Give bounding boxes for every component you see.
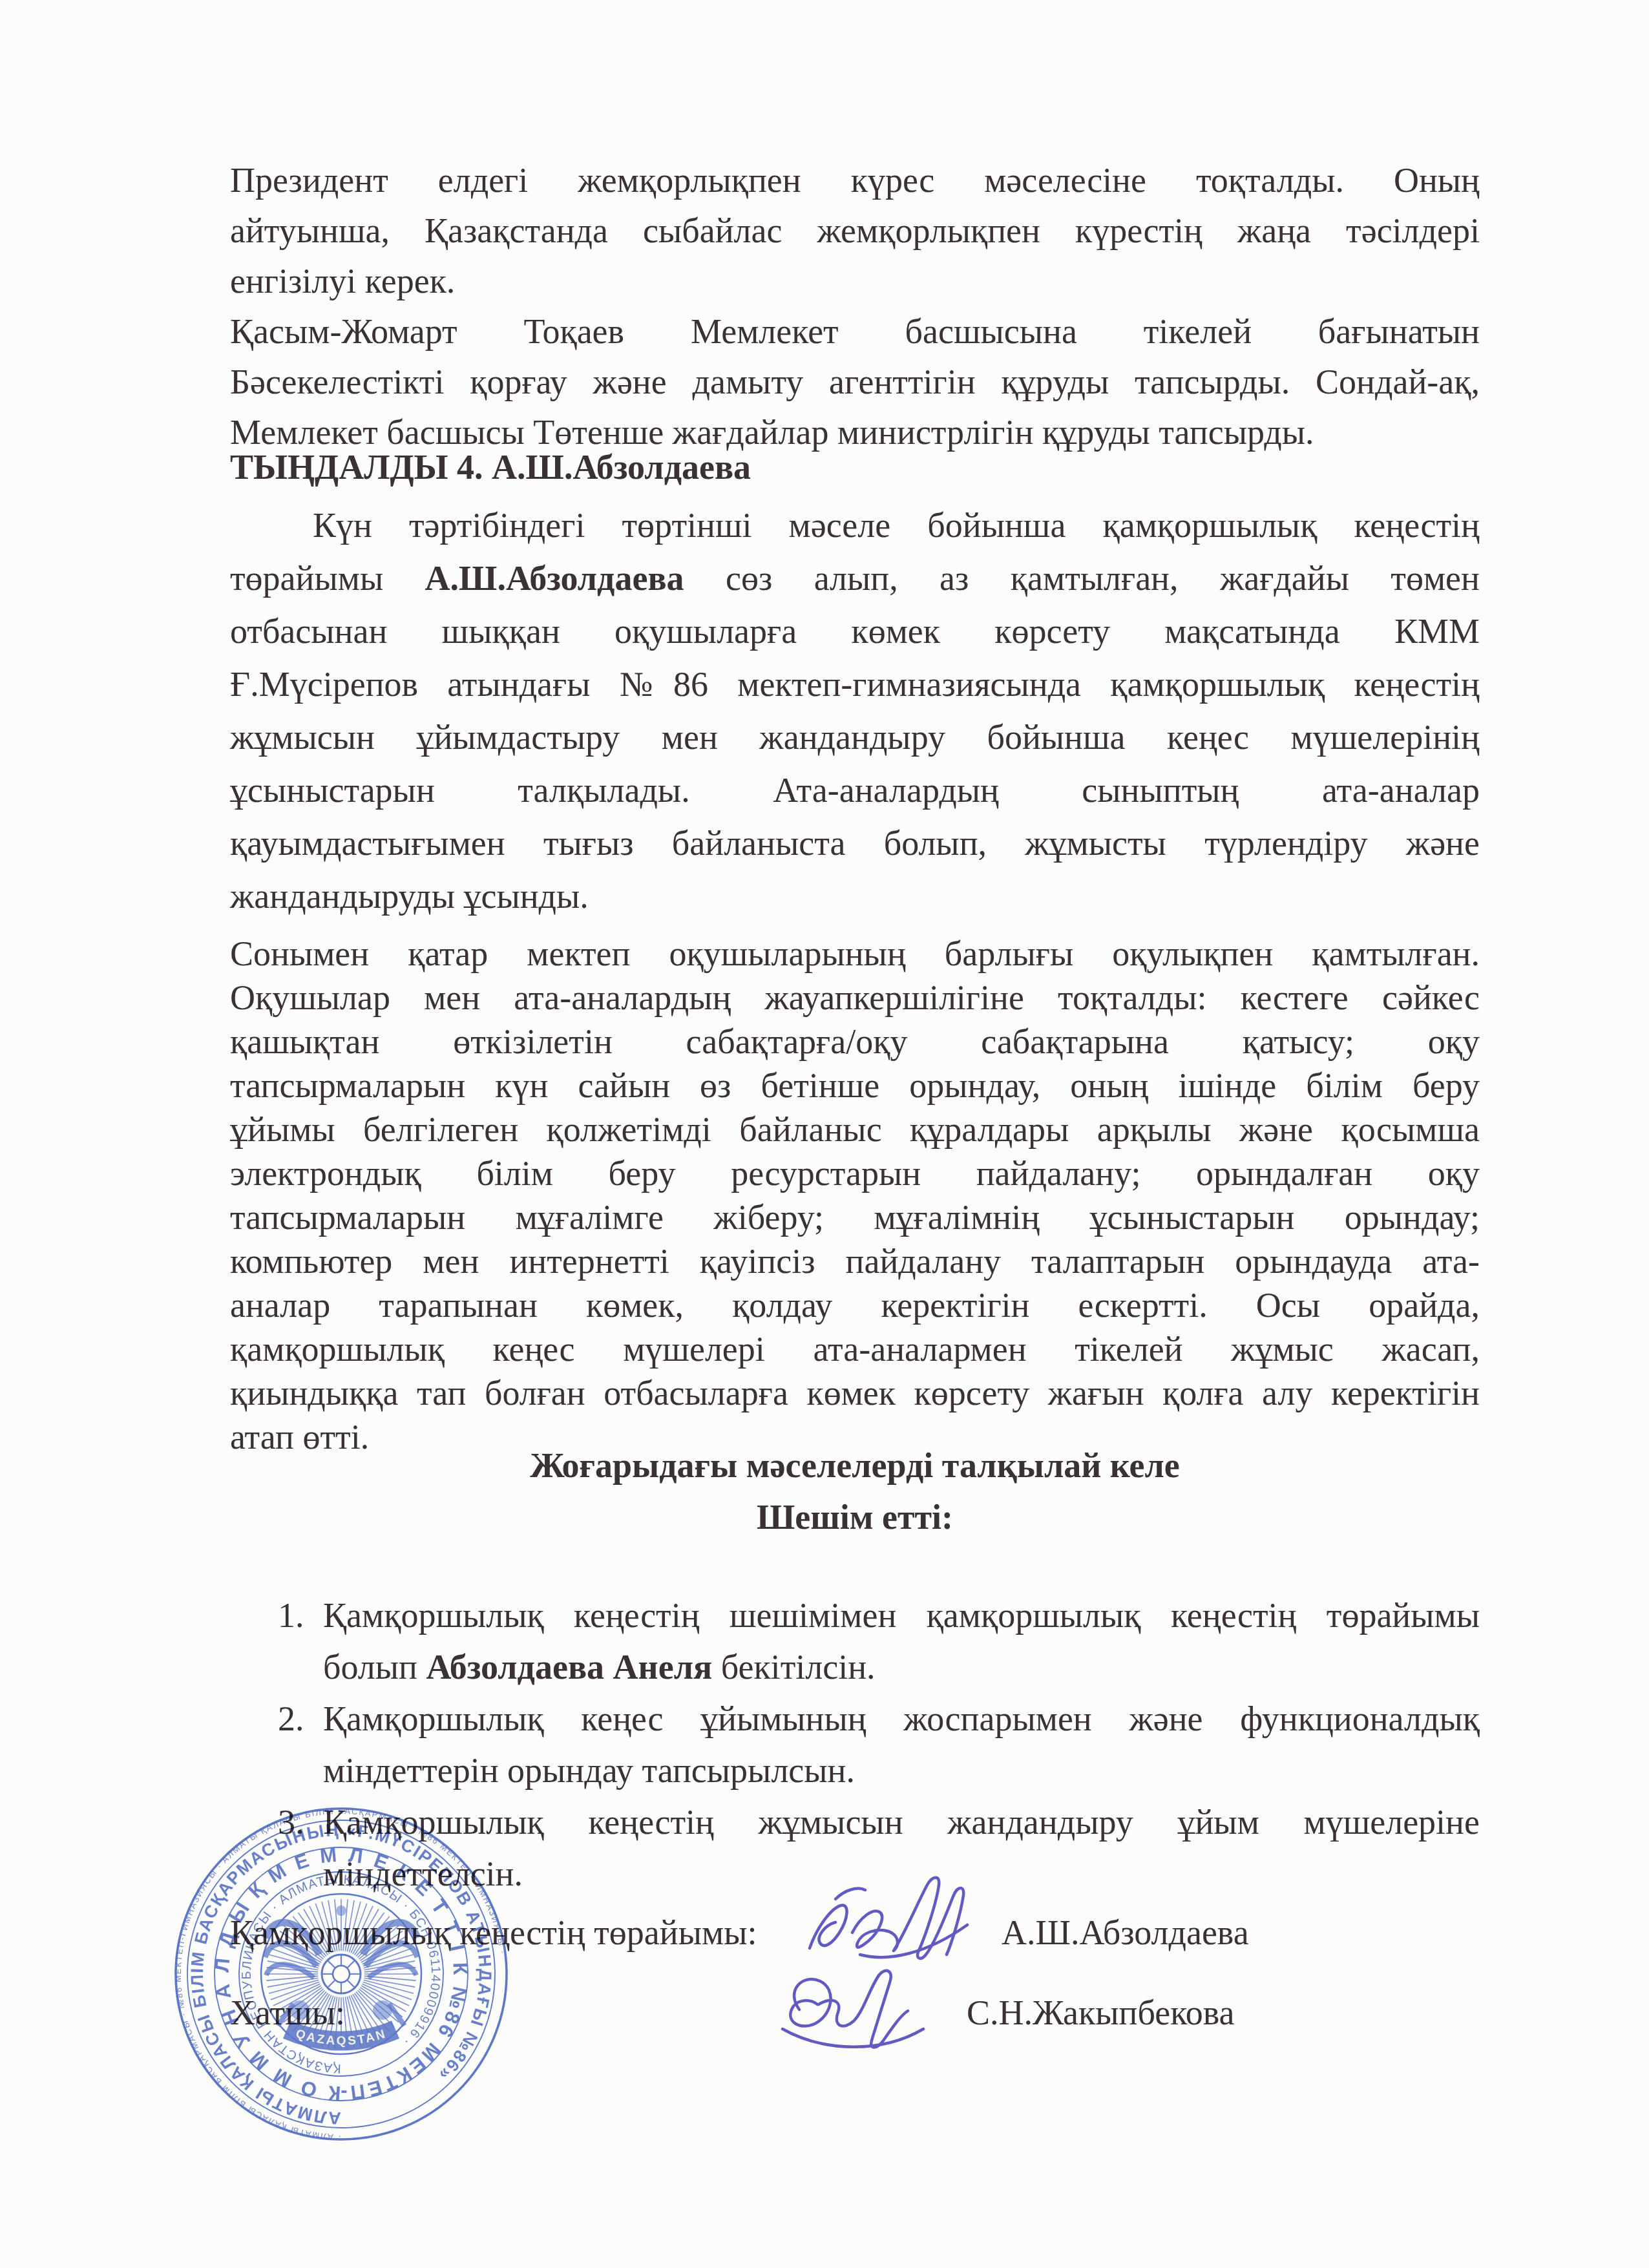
text-line: Қамқоршылық кеңестің шешімімен қамқоршыл… <box>323 1590 1480 1641</box>
official-round-stamp: · АЛМАТЫ ҚАЛАСЫ БІЛІМ БАСҚАРМАСЫ · №86 М… <box>169 1802 513 2146</box>
heard-heading: ТЫҢДАЛДЫ 4. А.Ш.Абзолдаева <box>230 442 1480 492</box>
item-number: 2. <box>278 1693 304 1745</box>
chair-name-bold: А.Ш.Абзолдаева <box>425 559 684 598</box>
text-line: компьютер мен интернетті қауіпсіз пайдал… <box>230 1239 1480 1283</box>
text-line: жандандыруды ұсынды. <box>230 870 1480 923</box>
text-line: электрондық білім беру ресурстарын пайда… <box>230 1151 1480 1195</box>
appointed-name-bold: Абзолдаева Анеля <box>426 1648 712 1686</box>
text-line: Сонымен қатар мектеп оқушыларының барлығ… <box>230 932 1480 976</box>
paragraph-tokayev: Қасым-Жомарт Тоқаев Мемлекет басшысына т… <box>230 306 1480 457</box>
text-line: міндеттерін орындау тапсырылсын. <box>323 1745 1480 1796</box>
text-line: Бәсекелестікті қорғау және дамыту агентт… <box>230 357 1480 407</box>
stamp-outer-text-ring: АЛМАТЫ ҚАЛАСЫ БІЛІМ БАСҚАРМАСЫНЫҢ «Ғ.МҮС… <box>187 1820 495 2128</box>
closing-heading: Жоғарыдағы мәселелерді талқылай келе <box>230 1442 1480 1489</box>
text-line: ТЫҢДАЛДЫ 4. А.Ш.Абзолдаева <box>230 442 1480 492</box>
text-line: Ғ.Мүсірепов атындағы №86 мектеп-гимназия… <box>230 658 1480 711</box>
text-line: тапсырмаларын күн сайын өз бетінше орынд… <box>230 1064 1480 1108</box>
text-line: Оқушылар мен ата-аналардың жауапкершіліг… <box>230 976 1480 1020</box>
text-line: қиындыққа тап болған отбасыларға көмек к… <box>230 1371 1480 1415</box>
scanned-protocol-page: Президент елдегі жемқорлықпен күрес мәсе… <box>0 0 1649 2268</box>
shanyrak-inner <box>333 1966 350 1982</box>
decision-item: 1. Қамқоршылық кеңестің шешімімен қамқор… <box>323 1590 1480 1693</box>
text-line: төрайымы А.Ш.Абзолдаева сөз алып, аз қам… <box>230 552 1480 605</box>
text-line: Қасым-Жомарт Тоқаев Мемлекет басшысына т… <box>230 306 1480 357</box>
text-line: Президент елдегі жемқорлықпен күрес мәсе… <box>230 155 1480 205</box>
text-run: болып <box>323 1648 426 1686</box>
emblem-ornament <box>373 2000 392 2020</box>
text-line: болып Абзолдаева Анеля бекітілсін. <box>323 1641 1480 1693</box>
text-line: жұмысын ұйымдастыру мен жандандыру бойын… <box>230 711 1480 764</box>
emblem-finial <box>336 1906 346 1916</box>
decision-heading: Шешім етті: <box>230 1494 1480 1540</box>
item-number: 1. <box>278 1590 304 1641</box>
text-line: Шешім етті: <box>230 1494 1480 1540</box>
text-line: тапсырмаларын мұғалімге жіберу; мұғалімн… <box>230 1195 1480 1239</box>
paragraph-responsibilities: Сонымен қатар мектеп оқушыларының барлығ… <box>230 932 1480 1459</box>
chair-signature-name: А.Ш.Абзолдаева <box>1002 1907 1249 1958</box>
text-run: сөз алып, аз қамтылған, жағдайы төмен <box>684 559 1480 598</box>
text-run: бекітілсін. <box>712 1648 875 1686</box>
emblem-ornament <box>290 2000 310 2020</box>
text-line: Жоғарыдағы мәселелерді талқылай келе <box>230 1442 1480 1489</box>
text-line: Күн тәртібіндегі төртінші мәселе бойынша… <box>230 499 1480 552</box>
text-line: қауымдастығымен тығыз байланыста болып, … <box>230 817 1480 870</box>
text-line: ұйымы белгілеген қолжетімді байланыс құр… <box>230 1108 1480 1151</box>
text-line: қамқоршылық кеңес мүшелері ата-аналармен… <box>230 1327 1480 1371</box>
text-line: ұсыныстарын талқылады. Ата-аналардың сын… <box>230 764 1480 817</box>
paragraph-president: Президент елдегі жемқорлықпен күрес мәсе… <box>230 155 1480 306</box>
text-line: енгізілуі керек. <box>230 256 1480 306</box>
text-line: отбасынан шыққан оқушыларға көмек көрсет… <box>230 605 1480 658</box>
text-run: төрайымы <box>230 559 425 598</box>
text-line: қашықтан өткізілетін сабақтарға/оқу саба… <box>230 1020 1480 1064</box>
paragraph-agenda-item: Күн тәртібіндегі төртінші мәселе бойынша… <box>230 499 1480 923</box>
text-line: аналар тарапынан көмек, қолдау керектігі… <box>230 1283 1480 1327</box>
decision-item: 2. Қамқоршылық кеңес ұйымының жоспарымен… <box>323 1693 1480 1796</box>
secretary-handwritten-signature <box>766 1964 985 2068</box>
text-line: айтуынша, Қазақстанда сыбайлас жемқорлық… <box>230 205 1480 256</box>
secretary-signature-name: С.Н.Жакыпбекова <box>967 1988 1234 2038</box>
kazakhstan-emblem: QAZAQSTAN <box>265 1899 417 2049</box>
text-line: Қамқоршылық кеңес ұйымының жоспарымен жә… <box>323 1693 1480 1745</box>
